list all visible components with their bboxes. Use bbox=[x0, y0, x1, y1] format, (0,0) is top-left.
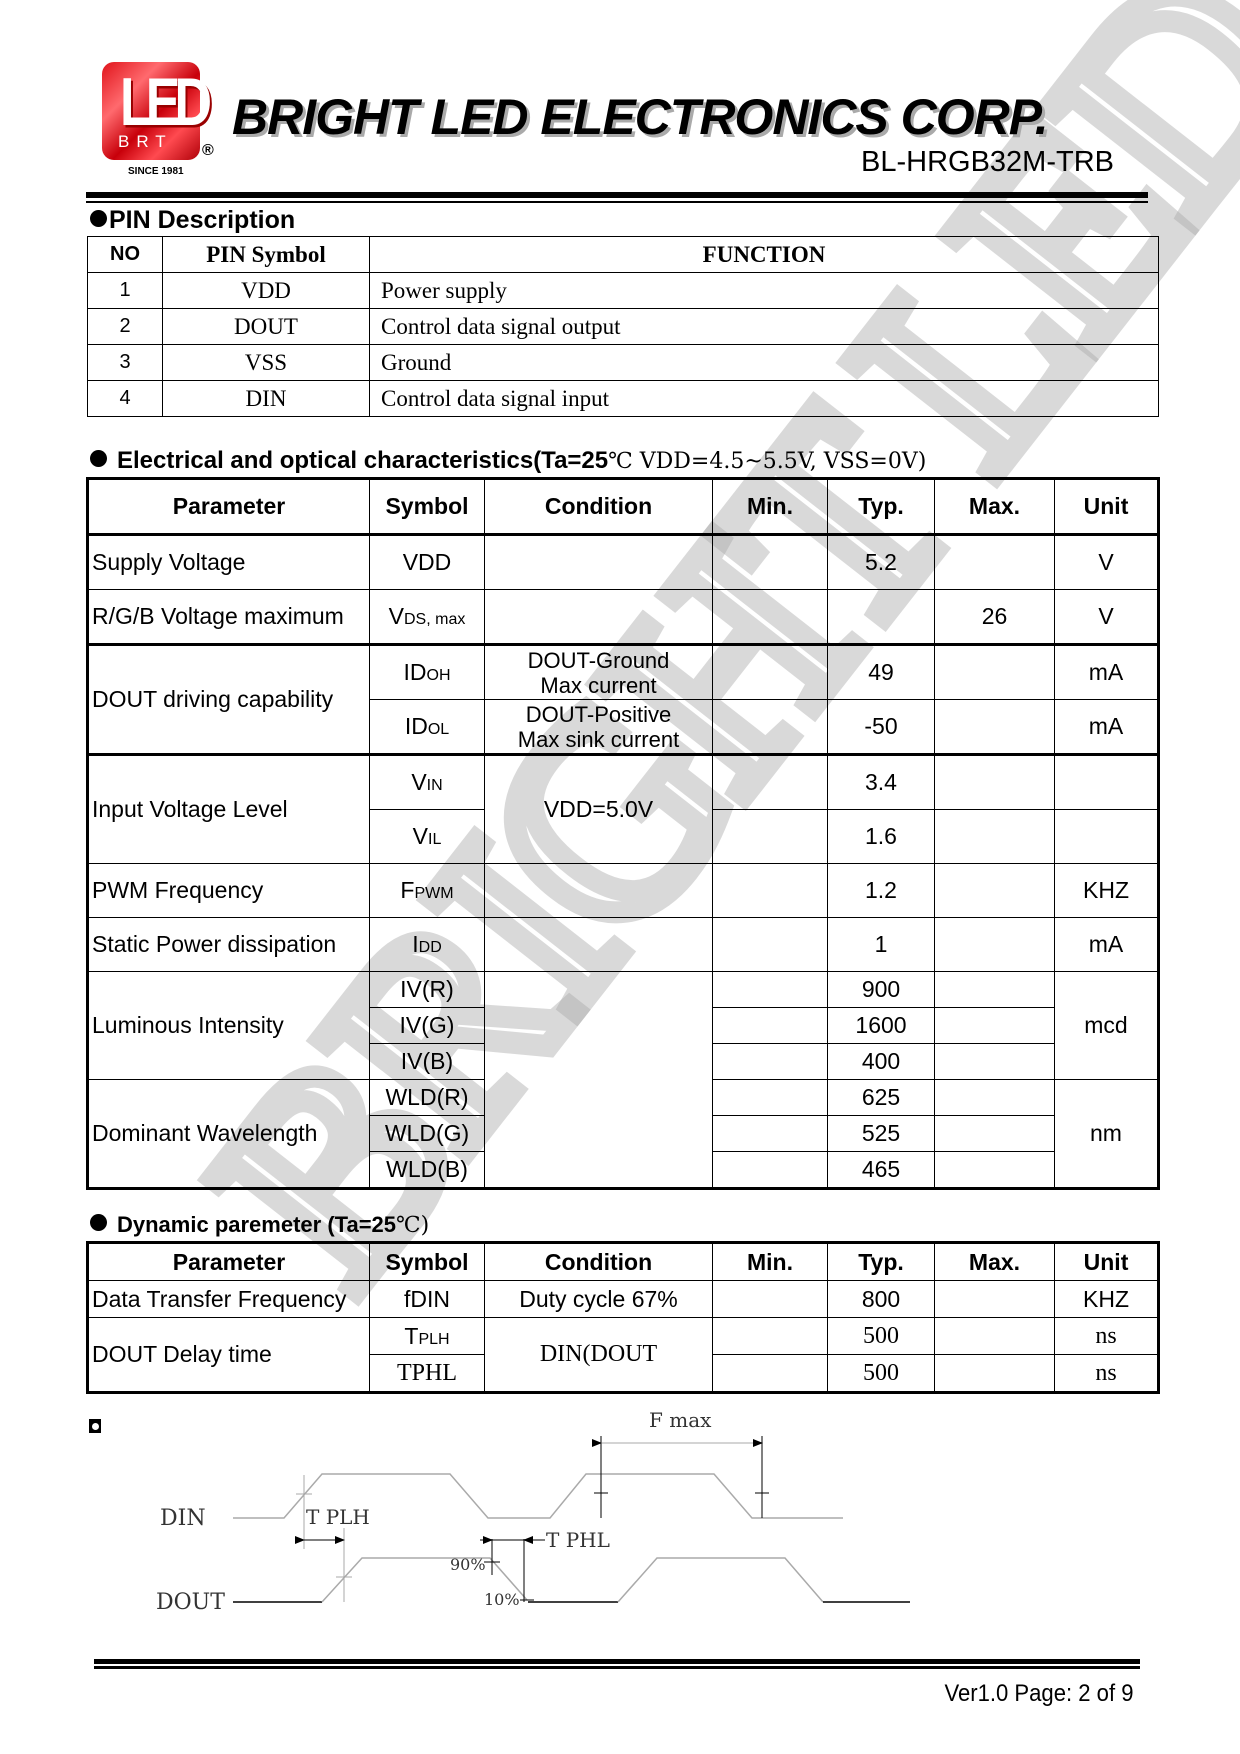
tphl-label: T PHL bbox=[546, 1528, 610, 1552]
footer-rule-thin bbox=[94, 1666, 1140, 1669]
page-footer: Ver1.0 Page: 2 of 9 bbox=[944, 1680, 1133, 1708]
din-label: DIN bbox=[160, 1506, 206, 1531]
dout-label: DOUT bbox=[156, 1590, 225, 1615]
fmax-label: F max bbox=[649, 1408, 712, 1432]
pct10-label: 10% bbox=[484, 1590, 520, 1609]
footer-rule bbox=[94, 1659, 1140, 1664]
pct90-label: 90% bbox=[450, 1555, 486, 1574]
timing-diagram: DIN DOUT T PLH T PHL F max 90% 10% bbox=[0, 0, 1240, 1754]
tplh-label: T PLH bbox=[306, 1505, 370, 1529]
